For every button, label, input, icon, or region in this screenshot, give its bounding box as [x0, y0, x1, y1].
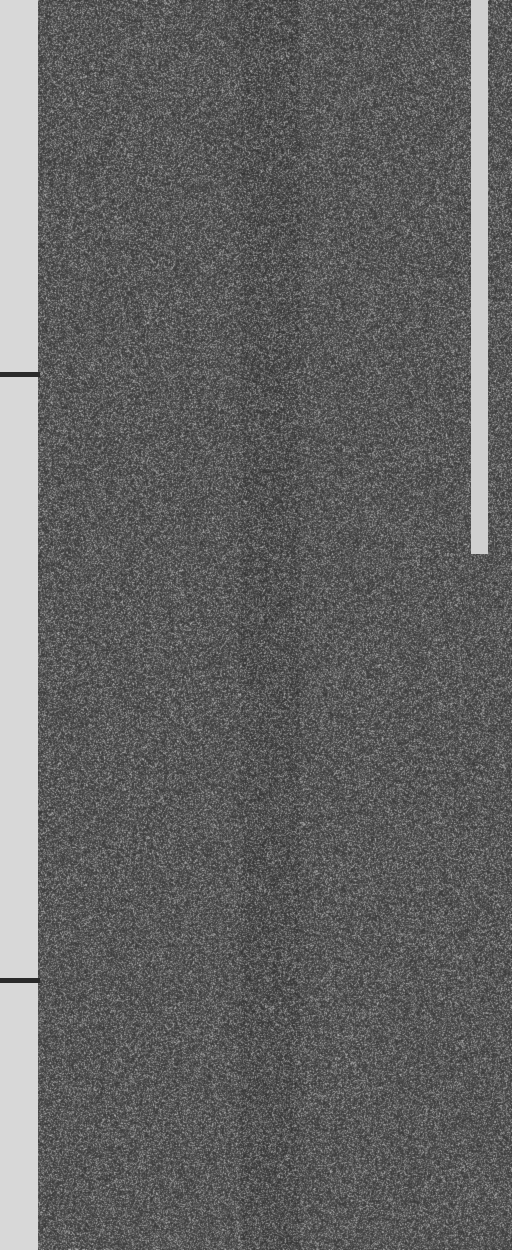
left-edge-line	[0, 0, 38, 1250]
edge-line-seam	[0, 372, 40, 377]
lane-dash-marking	[471, 0, 488, 554]
road-surface	[0, 0, 512, 1250]
asphalt-texture	[0, 0, 512, 1250]
edge-line-seam	[0, 978, 40, 983]
